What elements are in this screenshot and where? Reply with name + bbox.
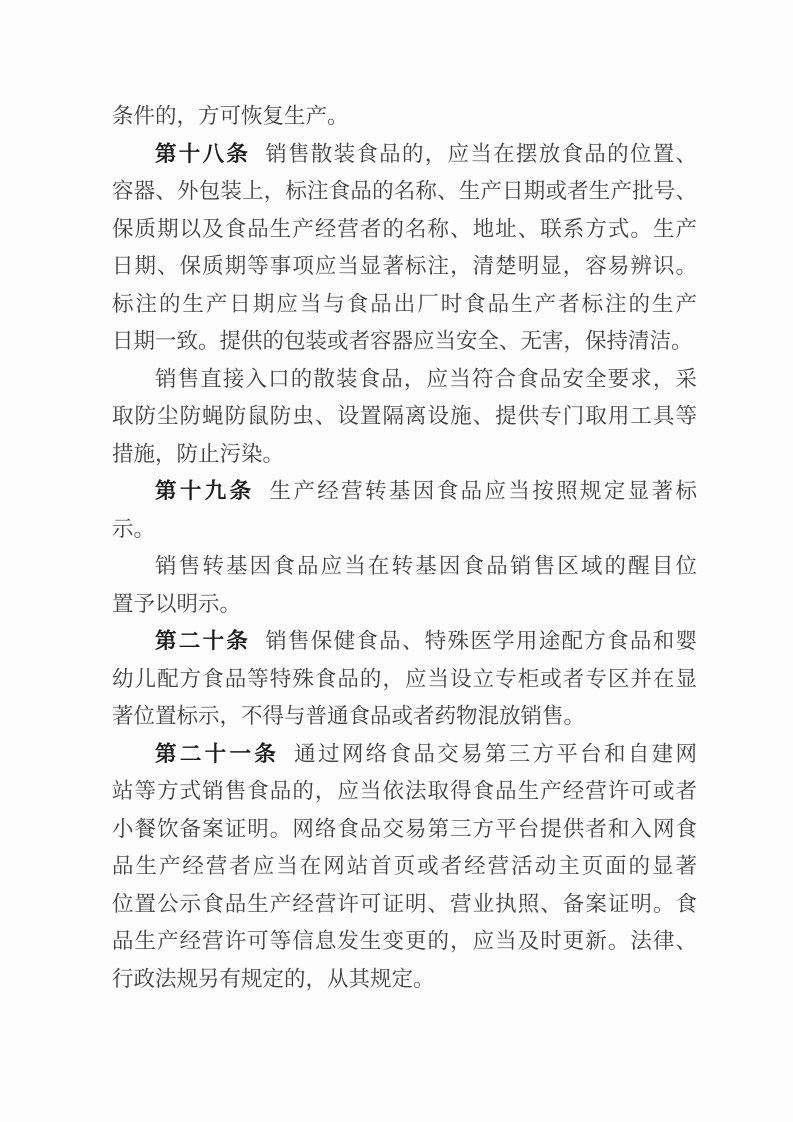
text-line: 著位置标示，不得与普通食品或者药物混放销售。 — [112, 698, 697, 736]
article-20-heading-line: 第二十条销售保健食品、特殊医学用途配方食品和婴 — [112, 623, 697, 661]
text-line: 幼儿配方食品等特殊食品的，应当设立专柜或者专区并在显 — [112, 661, 697, 699]
text-line: 标注的生产日期应当与食品出厂时食品生产者标注的生产 — [112, 286, 697, 324]
text-line: 站等方式销售食品的，应当依法取得食品生产经营许可或者 — [112, 773, 697, 811]
text-line: 取防尘防蝇防鼠防虫、设置隔离设施、提供专门取用工具等 — [112, 398, 697, 436]
line-text: 著位置标示，不得与普通食品或者药物混放销售。 — [112, 704, 585, 728]
text-line: 日期一致。提供的包装或者容器应当安全、无害，保持清洁。 — [112, 323, 697, 361]
text-line: 措施，防止污染。 — [112, 436, 697, 474]
text-line: 品生产经营许可等信息发生变更的，应当及时更新。法律、 — [112, 923, 697, 961]
text-line: 保质期以及食品生产经营者的名称、地址、联系方式。生产 — [112, 211, 697, 249]
line-text: 品生产经营者应当在网站首页或者经营活动主页面的显著 — [112, 854, 697, 878]
text-line: 销售转基因食品应当在转基因食品销售区域的醒目位 — [112, 548, 697, 586]
line-text: 取防尘防蝇防鼠防虫、设置隔离设施、提供专门取用工具等 — [112, 404, 697, 428]
line-text: 幼儿配方食品等特殊食品的，应当设立专柜或者专区并在显 — [112, 667, 697, 691]
line-text: 行政法规另有规定的，从其规定。 — [112, 967, 435, 991]
text-line: 示。 — [112, 511, 697, 549]
line-text: 标注的生产日期应当与食品出厂时食品生产者标注的生产 — [112, 292, 697, 316]
text-line: 日期、保质期等事项应当显著标注，清楚明显，容易辨识。 — [112, 248, 697, 286]
line-text: 位置公示食品生产经营许可证明、营业执照、备案证明。食 — [112, 892, 697, 916]
line-text: 保质期以及食品生产经营者的名称、地址、联系方式。生产 — [112, 217, 697, 241]
line-text: 日期、保质期等事项应当显著标注，清楚明显，容易辨识。 — [112, 254, 697, 278]
text-line: 置予以明示。 — [112, 586, 697, 624]
line-text: 小餐饮备案证明。网络食品交易第三方平台提供者和入网食 — [112, 817, 697, 841]
line-text: 生产经营转基因食品应当按照规定显著标 — [270, 479, 697, 503]
text-line: 条件的，方可恢复生产。 — [112, 98, 697, 136]
article-number: 第二十条 — [155, 629, 250, 653]
text-line: 销售直接入口的散装食品，应当符合食品安全要求，采 — [112, 361, 697, 399]
line-text: 销售散装食品的，应当在摆放食品的位置、 — [265, 142, 697, 166]
line-text: 销售直接入口的散装食品，应当符合食品安全要求，采 — [155, 367, 697, 391]
article-21-heading-line: 第二十一条通过网络食品交易第三方平台和自建网 — [112, 736, 697, 774]
line-text: 措施，防止污染。 — [112, 442, 284, 466]
line-text: 站等方式销售食品的，应当依法取得食品生产经营许可或者 — [112, 779, 697, 803]
article-number: 第十九条 — [155, 479, 255, 503]
text-line: 容器、外包装上，标注食品的名称、生产日期或者生产批号、 — [112, 173, 697, 211]
article-19-heading-line: 第十九条生产经营转基因食品应当按照规定显著标 — [112, 473, 697, 511]
line-text: 容器、外包装上，标注食品的名称、生产日期或者生产批号、 — [112, 179, 697, 203]
text-line: 小餐饮备案证明。网络食品交易第三方平台提供者和入网食 — [112, 811, 697, 849]
document-text-block: 条件的，方可恢复生产。 第十八条销售散装食品的，应当在摆放食品的位置、 容器、外… — [112, 98, 697, 998]
text-line: 品生产经营者应当在网站首页或者经营活动主页面的显著 — [112, 848, 697, 886]
line-text: 销售转基因食品应当在转基因食品销售区域的醒目位 — [155, 554, 697, 578]
line-text: 条件的，方可恢复生产。 — [112, 104, 349, 128]
text-line: 位置公示食品生产经营许可证明、营业执照、备案证明。食 — [112, 886, 697, 924]
line-text: 销售保健食品、特殊医学用途配方食品和婴 — [265, 629, 697, 653]
text-line: 行政法规另有规定的，从其规定。 — [112, 961, 697, 999]
line-text: 置予以明示。 — [112, 592, 241, 616]
article-18-heading-line: 第十八条销售散装食品的，应当在摆放食品的位置、 — [112, 136, 697, 174]
article-number: 第二十一条 — [155, 742, 279, 766]
line-text: 通过网络食品交易第三方平台和自建网 — [294, 742, 697, 766]
line-text: 日期一致。提供的包装或者容器应当安全、无害，保持清洁。 — [112, 329, 693, 353]
article-number: 第十八条 — [155, 142, 250, 166]
line-text: 品生产经营许可等信息发生变更的，应当及时更新。法律、 — [112, 929, 697, 953]
document-page: 条件的，方可恢复生产。 第十八条销售散装食品的，应当在摆放食品的位置、 容器、外… — [0, 0, 793, 1122]
line-text: 示。 — [112, 517, 155, 541]
